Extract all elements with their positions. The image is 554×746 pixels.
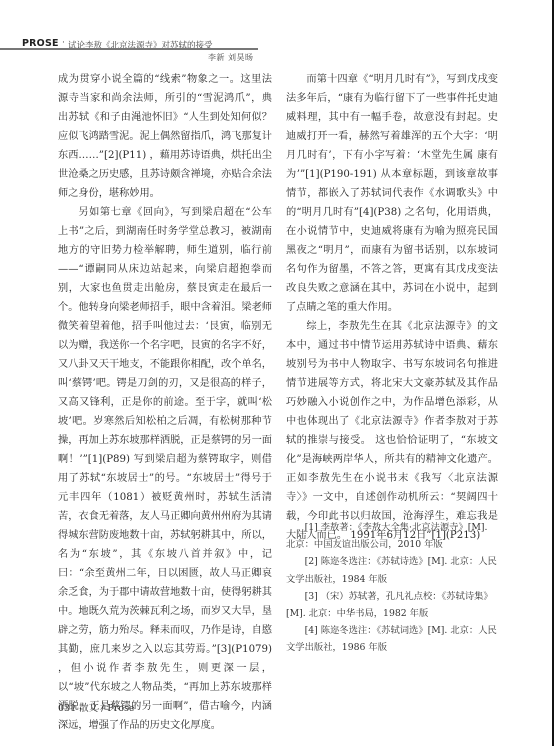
reference-item: [4] 陈迩冬选注：《苏轼词选》[M]. 北京：人民文学出版社，1986 年版 [286,622,498,656]
right-column: 而第十四章《“明月几时有”》，写到戊戌变法多年后，“康有为临行留下了一些事件托史… [286,70,498,545]
body-paragraph: 而第十四章《“明月几时有”》，写到戊戌变法多年后，“康有为临行留下了一些事件托史… [286,70,498,317]
left-column: 成为贯穿小说全篇的“线索”物象之一。这里法源寺当家和尚余法师，所引的“雪泥鸿爪”… [58,70,272,735]
reference-item: [1] 李敖著：《李敖大全集·北京法源寺》[M]. 北京：中国友谊出版公司，20… [286,519,498,553]
header-rule [0,48,258,50]
body-paragraph: 另如第七章《回向》，写到梁启超在“公车上书”之后，到湖南任时务学堂总教习，被湖南… [58,203,272,735]
reference-item: [3] （宋）苏轼著，孔凡礼点校：《苏轼诗集》[M]. 北京：中华书局，1982… [286,588,498,622]
references-list: [1] 李敖著：《李敖大全集·北京法源寺》[M]. 北京：中国友谊出版公司，20… [286,519,498,657]
page-footer: 031 散文 / Prose [58,700,135,714]
body-paragraph: 成为贯穿小说全篇的“线索”物象之一。这里法源寺当家和尚余法师，所引的“雪泥鸿爪”… [58,70,272,203]
body-paragraph: 综上，李敖先生在其《北京法源寺》的文本中，通过书中情节运用苏轼诗中语典、藉东坡别… [286,317,498,545]
article-authors: 李新 刘昊旸 [208,52,254,63]
reference-item: [2] 陈迩冬选注：《苏轼诗选》[M]. 北京：人民文学出版社，1984 年版 [286,553,498,587]
header-separator: · [62,38,65,48]
